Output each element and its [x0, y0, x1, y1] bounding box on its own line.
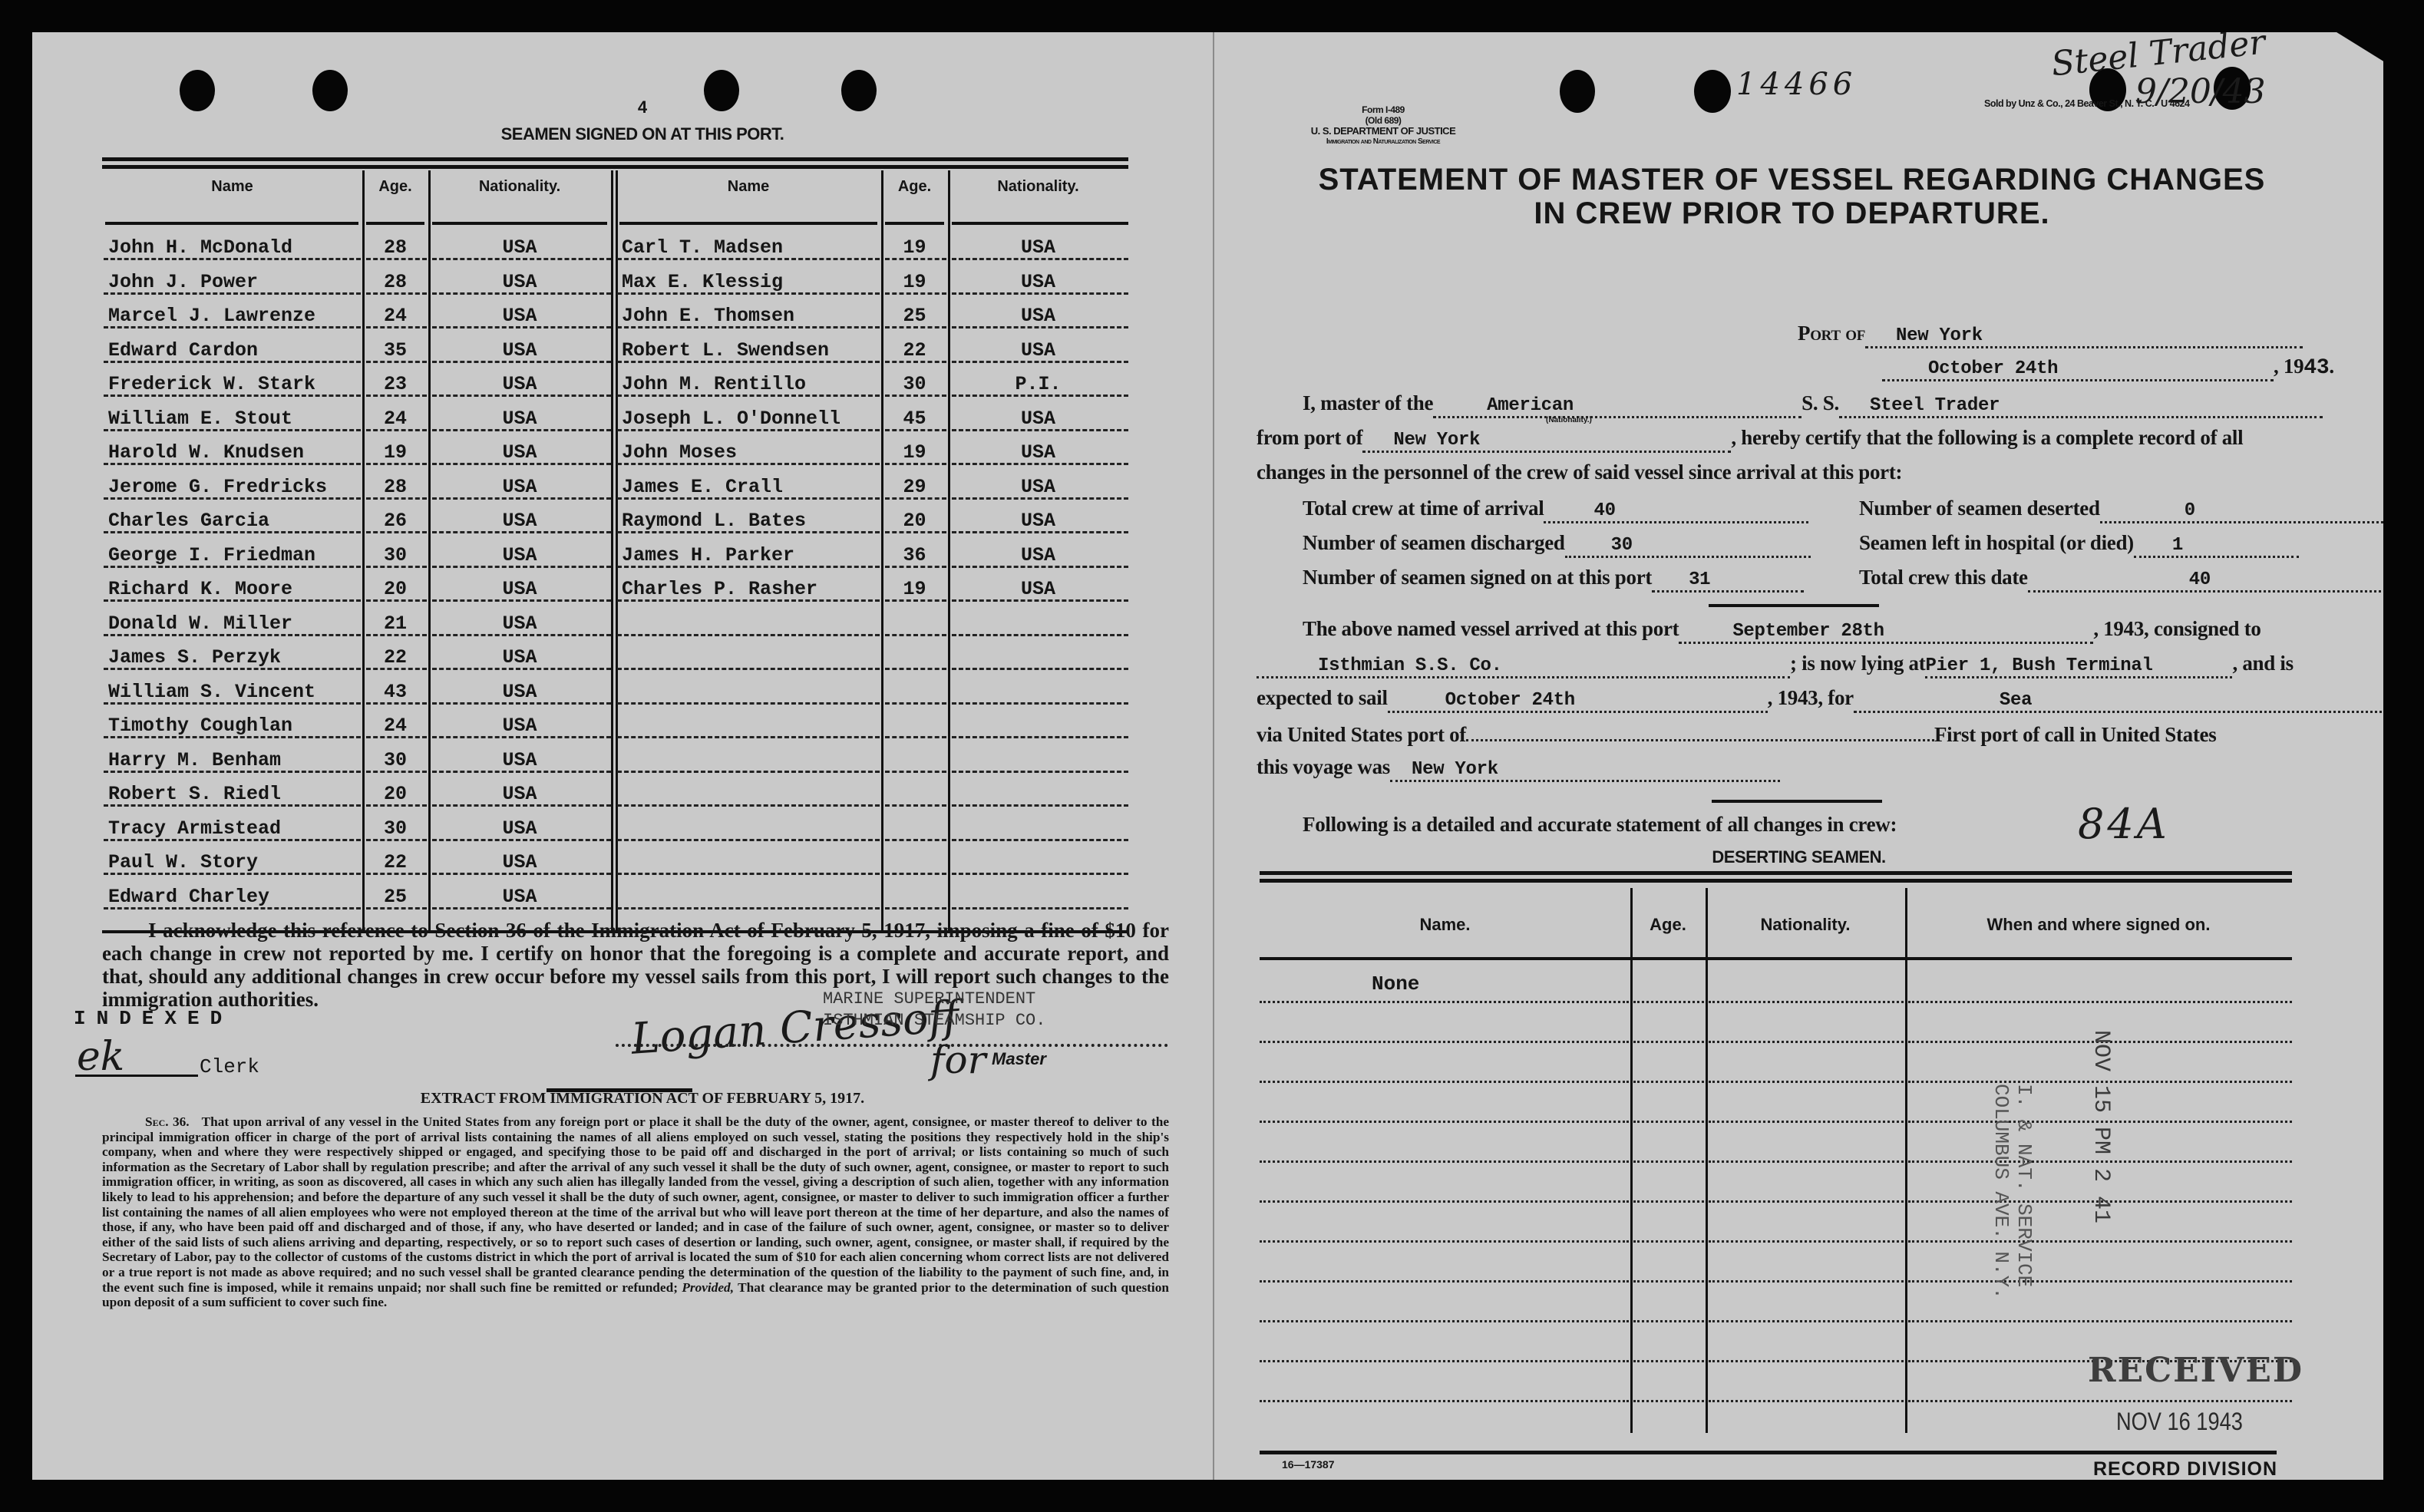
master-label: Master	[992, 1049, 1046, 1069]
dotted-row-line	[1260, 1280, 1629, 1283]
crew-name: James H. Parker	[622, 544, 881, 566]
from-port-label: from port of	[1257, 426, 1362, 449]
dotted-row-line	[952, 668, 1128, 670]
dotted-row-line	[1709, 1121, 1904, 1123]
crew-age: 23	[362, 373, 428, 395]
col-divider	[1630, 888, 1633, 1433]
crew-nationality: USA	[948, 510, 1128, 532]
column-header-name: Name	[616, 178, 881, 196]
title-line-2: IN CREW PRIOR TO DEPARTURE.	[1245, 196, 2339, 230]
header-underline	[105, 222, 358, 225]
dotted-row-line	[1709, 1160, 1904, 1163]
indexed-stamp: INDEXED	[74, 1007, 233, 1030]
stat-label: Number of seamen signed on at this port	[1303, 566, 1652, 589]
voyage-field: this voyage wasNew York	[1257, 755, 1780, 782]
column-header-age: Age.	[1630, 915, 1706, 935]
lying-label: ; is now lying at	[1790, 652, 1925, 675]
dotted-row-line	[1260, 1320, 1629, 1322]
handwritten-file-number: 14466	[1736, 67, 1857, 102]
dotted-row-line	[952, 771, 1128, 773]
form-title: STATEMENT OF MASTER OF VESSEL REGARDING …	[1245, 163, 2339, 230]
crew-name: Harold W. Knudsen	[108, 441, 362, 464]
master-of-label: I, master of the	[1303, 391, 1433, 414]
crew-nationality: USA	[428, 476, 611, 498]
expected-year[interactable]: 1943	[1778, 686, 1818, 709]
crew-nationality: USA	[428, 441, 611, 464]
expected-field: expected to sailOctober 24th, 1943, forS…	[1257, 686, 2424, 713]
dotted-row-line	[1633, 1041, 1704, 1043]
date-field: October 24th, 1943.	[1882, 355, 2334, 381]
clerk-label: Clerk	[200, 1055, 259, 1078]
dotted-row-line	[885, 873, 946, 875]
clerk-signature-line	[75, 1075, 198, 1077]
crew-age: 28	[362, 476, 428, 498]
dotted-row-line	[885, 668, 946, 670]
crew-nationality: USA	[428, 510, 611, 532]
vessel-name-value[interactable]: Steel Trader	[1839, 395, 2323, 418]
form-old-number: (Old 689)	[1253, 115, 1514, 126]
crew-nationality: USA	[428, 851, 611, 873]
dotted-row-line	[1260, 1041, 1629, 1043]
date-year-prefix: 19	[2284, 355, 2303, 378]
dotted-row-line	[1908, 1400, 2292, 1402]
signer-title-line1: MARINE SUPERINTENDENT	[823, 989, 1035, 1009]
crew-name: James E. Crall	[622, 476, 881, 498]
crew-age: 45	[881, 408, 948, 430]
master-of-field: I, master of theAmericanS. S.Steel Trade…	[1303, 391, 2323, 418]
deserting-title: DESERTING SEAMEN.	[1214, 847, 2383, 867]
ss-label: S. S.	[1801, 391, 1839, 414]
crew-nationality: USA	[948, 271, 1128, 293]
dotted-row-line	[952, 634, 1128, 636]
dotted-row-line	[952, 702, 1128, 705]
crew-nationality: USA	[428, 612, 611, 635]
crew-name: Charles P. Rasher	[622, 578, 881, 600]
dotted-row-line	[885, 771, 946, 773]
column-header-age: Age.	[362, 178, 428, 196]
crew-age: 21	[362, 612, 428, 635]
dotted-row-line	[1260, 1200, 1629, 1203]
port-label: Port of	[1798, 322, 1865, 345]
dotted-row-line	[1709, 1081, 1904, 1083]
crew-nationality: USA	[948, 305, 1128, 327]
dotted-row-line	[885, 736, 946, 738]
dotted-row-line	[1633, 1320, 1704, 1322]
dotted-row-line	[1260, 1160, 1629, 1163]
column-header-nationality: Nationality.	[428, 178, 611, 196]
crew-nationality: USA	[428, 646, 611, 669]
crew-name: William E. Stout	[108, 408, 362, 430]
stamp-date: NOV 15 PM 2 41	[2088, 1030, 2114, 1223]
dotted-row-line	[1260, 1240, 1629, 1243]
table-top-rule	[1260, 871, 2292, 883]
stat-value[interactable]: 30	[1565, 535, 1811, 558]
form-number: Form I-489	[1253, 104, 1514, 115]
crew-nationality: USA	[428, 817, 611, 840]
dotted-row-line	[617, 804, 880, 807]
crew-age: 28	[362, 271, 428, 293]
and-is-label: , and is	[2232, 652, 2293, 675]
dotted-row-line	[1633, 1200, 1704, 1203]
dotted-row-line	[885, 839, 946, 841]
dotted-row-line	[952, 736, 1128, 738]
divider	[1709, 604, 1879, 607]
header-underline	[366, 222, 424, 225]
date-value[interactable]: October 24th	[1882, 358, 2274, 381]
crew-nationality: USA	[948, 236, 1128, 259]
dotted-row-line	[1709, 1240, 1904, 1243]
crew-nationality: USA	[428, 681, 611, 703]
dotted-row-line	[617, 771, 880, 773]
crew-name: Harry M. Benham	[108, 749, 362, 771]
arrived-field: The above named vessel arrived at this p…	[1303, 617, 2261, 644]
crew-name: Charles Garcia	[108, 510, 362, 532]
crew-age: 36	[881, 544, 948, 566]
stat-label: Seamen left in hospital (or died)	[1859, 531, 2134, 554]
dotted-row-line	[1633, 1400, 1704, 1402]
expected-label: expected to sail	[1257, 686, 1388, 709]
header-underline	[885, 222, 944, 225]
crew-age: 25	[881, 305, 948, 327]
dotted-row-line	[885, 702, 946, 705]
extract-title: EXTRACT FROM IMMIGRATION ACT OF FEBRUARY…	[32, 1090, 1253, 1108]
crew-age: 19	[881, 578, 948, 600]
crew-name: Marcel J. Lawrenze	[108, 305, 362, 327]
signer-title-line2: ISTHMIAN STEAMSHIP CO.	[823, 1011, 1045, 1030]
col-divider	[611, 170, 613, 930]
section-label: Sec. 36.	[145, 1114, 190, 1129]
crew-age: 30	[362, 544, 428, 566]
for-mark: for	[930, 1038, 986, 1082]
crew-age: 19	[881, 271, 948, 293]
crew-name: James S. Perzyk	[108, 646, 362, 669]
dotted-row-line	[1908, 1280, 2292, 1283]
port-value[interactable]: New York	[1865, 325, 2303, 348]
dotted-row-line	[1633, 1240, 1704, 1243]
col-divider	[1905, 888, 1907, 1433]
dotted-row-line	[1260, 1400, 1629, 1402]
col-divider	[616, 170, 618, 930]
crew-nationality: P.I.	[948, 373, 1128, 395]
crew-name: William S. Vincent	[108, 681, 362, 703]
dotted-row-line	[1260, 1001, 1629, 1003]
table-bottom-rule	[1260, 1451, 2277, 1454]
crew-age: 30	[362, 749, 428, 771]
crew-nationality: USA	[428, 339, 611, 361]
crew-age: 28	[362, 236, 428, 259]
crew-name: John M. Rentillo	[622, 373, 881, 395]
destination-value[interactable]: Sea	[1854, 690, 2424, 713]
handwritten-code: 84A	[2078, 800, 2170, 848]
crew-nationality: USA	[948, 476, 1128, 498]
dotted-row-line	[1709, 1360, 1904, 1362]
crew-age: 43	[362, 681, 428, 703]
dotted-row-line	[1709, 1041, 1904, 1043]
crew-name: Richard K. Moore	[108, 578, 362, 600]
crew-nationality: USA	[428, 715, 611, 737]
crew-name: Edward Charley	[108, 886, 362, 908]
section-36-text: Sec. 36. That upon arrival of any vessel…	[102, 1114, 1169, 1310]
for-label: , for	[1818, 686, 1853, 709]
stat-value[interactable]: 0	[2100, 500, 2388, 523]
record-division-stamp: RECORD DIVISION	[2093, 1458, 2277, 1481]
divider	[1712, 800, 1882, 803]
crew-name: Paul W. Story	[108, 851, 362, 873]
stat-label: Total crew this date	[1859, 566, 2028, 589]
crew-age: 19	[881, 236, 948, 259]
following-text: Following is a detailed and accurate sta…	[1303, 813, 1897, 837]
crew-nationality: USA	[428, 578, 611, 600]
stat-label: Number of seamen deserted	[1859, 497, 2100, 520]
crew-name: Carl T. Madsen	[622, 236, 881, 259]
dotted-row-line	[952, 839, 1128, 841]
certify-text: , hereby certify that the following is a…	[1731, 426, 2243, 449]
table-top-rule	[102, 157, 1128, 169]
column-header-nationality: Nationality.	[1706, 915, 1905, 935]
title-line-1: STATEMENT OF MASTER OF VESSEL REGARDING …	[1245, 163, 2339, 196]
header-underline	[1260, 957, 2292, 960]
dotted-row-line	[952, 907, 1128, 910]
immigration-service-stamp: I. & NAT. SERVICE COLUMBUS AVE. N.Y.	[1990, 1084, 2036, 1299]
clerk-initials: ek	[77, 1034, 124, 1080]
header-underline	[432, 222, 607, 225]
dotted-row-line	[1633, 1360, 1704, 1362]
crew-name: Edward Cardon	[108, 339, 362, 361]
crew-name: Donald W. Miller	[108, 612, 362, 635]
stat-signed-on: Number of seamen signed on at this port3…	[1303, 566, 1804, 593]
crew-name: Max E. Klessig	[622, 271, 881, 293]
crew-name: Joseph L. O'Donnell	[622, 408, 881, 430]
consignee-value[interactable]: Isthmian S.S. Co.	[1257, 655, 1790, 678]
crew-name: John E. Thomsen	[622, 305, 881, 327]
crew-age: 29	[881, 476, 948, 498]
consigned-label: , consigned to	[2144, 617, 2261, 640]
dotted-row-line	[617, 873, 880, 875]
header-underline	[952, 222, 1128, 225]
via-field: via United States port ofFirst port of c…	[1257, 721, 2216, 747]
crew-age: 30	[362, 817, 428, 840]
crew-nationality: USA	[948, 339, 1128, 361]
crew-age: 20	[881, 510, 948, 532]
dotted-row-line	[1709, 1001, 1904, 1003]
dotted-row-line	[1709, 1400, 1904, 1402]
crew-name: John J. Power	[108, 271, 362, 293]
arrived-label: The above named vessel arrived at this p…	[1303, 617, 1679, 640]
deserting-none: None	[1372, 972, 1419, 995]
crew-nationality: USA	[428, 271, 611, 293]
stat-total-date: Total crew this date40	[1859, 566, 2424, 593]
section-title: SEAMEN SIGNED ON AT THIS PORT.	[32, 124, 1253, 144]
crew-nationality: USA	[428, 408, 611, 430]
dotted-row-line	[885, 804, 946, 807]
dotted-row-line	[617, 634, 880, 636]
crew-name: Timothy Coughlan	[108, 715, 362, 737]
left-page: 4 SEAMEN SIGNED ON AT THIS PORT. Name Ag…	[32, 32, 1213, 1480]
via-value[interactable]	[1466, 721, 1934, 741]
arrived-year[interactable]: 1943	[2103, 617, 2144, 640]
dotted-row-line	[1908, 1320, 2292, 1322]
crew-age: 25	[362, 886, 428, 908]
crew-age: 22	[362, 646, 428, 669]
header-underline	[619, 222, 877, 225]
crew-name: Robert S. Riedl	[108, 783, 362, 805]
crew-nationality: USA	[428, 544, 611, 566]
voyage-label: this voyage was	[1257, 755, 1390, 778]
section-body: That upon arrival of any vessel in the U…	[102, 1114, 1169, 1295]
master-signature-line	[616, 1044, 1168, 1047]
stamp-line-2: COLUMBUS AVE. N.Y.	[1990, 1084, 2013, 1299]
dotted-row-line	[1908, 1001, 2292, 1003]
crew-name: Robert L. Swendsen	[622, 339, 881, 361]
crew-nationality: USA	[428, 305, 611, 327]
crew-nationality: USA	[948, 408, 1128, 430]
crew-nationality: USA	[948, 441, 1128, 464]
stat-label: Total crew at time of arrival	[1303, 497, 1544, 520]
date-year[interactable]: 43	[2303, 356, 2329, 380]
department: U. S. DEPARTMENT OF JUSTICE	[1253, 126, 1514, 137]
first-port-label: First port of call in United States	[1934, 723, 2216, 746]
stat-value[interactable]: 31	[1652, 569, 1804, 593]
crew-age: 35	[362, 339, 428, 361]
dotted-row-line	[617, 907, 880, 910]
print-code: 16—17387	[1282, 1458, 1335, 1471]
changes-text: changes in the personnel of the crew of …	[1257, 461, 1902, 484]
port-field: Port ofNew York	[1798, 322, 2303, 348]
crew-age: 19	[881, 441, 948, 464]
provided-label: Provided,	[682, 1280, 734, 1295]
right-page: 14466 Steel Trader 9/20/43 Form I-489 (O…	[1214, 32, 2383, 1480]
crew-age: 22	[362, 851, 428, 873]
punch-hole	[1560, 70, 1595, 113]
crew-nationality: USA	[428, 236, 611, 259]
stat-hospital: Seamen left in hospital (or died)1	[1859, 531, 2299, 558]
dotted-row-line	[1709, 1280, 1904, 1283]
expected-value[interactable]: October 24th	[1388, 690, 1768, 713]
column-header-signed-on: When and where signed on.	[1905, 915, 2292, 935]
dotted-row-line	[1260, 1121, 1629, 1123]
from-port-field: from port ofNew York, hereby certify tha…	[1257, 426, 2243, 453]
received-stamp: RECEIVED	[2088, 1351, 2303, 1390]
crew-nationality: USA	[948, 578, 1128, 600]
crew-age: 24	[362, 408, 428, 430]
crew-age: 20	[362, 783, 428, 805]
dotted-row-line	[1260, 1081, 1629, 1083]
lying-value[interactable]: Pier 1, Bush Terminal	[1925, 655, 2232, 678]
stat-label: Number of seamen discharged	[1303, 531, 1565, 554]
column-header-name: Name	[102, 178, 362, 196]
col-divider	[1706, 888, 1708, 1433]
crew-age: 19	[362, 441, 428, 464]
dotted-row-line	[1260, 1360, 1629, 1362]
crew-age: 30	[881, 373, 948, 395]
stamp-line-1: I. & NAT. SERVICE	[2013, 1084, 2036, 1299]
form-id-block: Form I-489 (Old 689) U. S. DEPARTMENT OF…	[1253, 104, 1514, 147]
crew-age: 20	[362, 578, 428, 600]
column-header-nationality: Nationality.	[948, 178, 1128, 196]
dotted-row-line	[1633, 1160, 1704, 1163]
consignee-field: Isthmian S.S. Co.; is now lying atPier 1…	[1257, 652, 2294, 678]
dotted-row-line	[617, 839, 880, 841]
crew-name: George I. Friedman	[108, 544, 362, 566]
nationality-value[interactable]: American	[1433, 395, 1801, 418]
dotted-row-line	[1709, 1200, 1904, 1203]
dotted-row-line	[1709, 1320, 1904, 1322]
dotted-row-line	[1633, 1280, 1704, 1283]
voyage-value[interactable]: New York	[1390, 759, 1780, 782]
dotted-row-line	[952, 804, 1128, 807]
stat-discharged: Number of seamen discharged30	[1303, 531, 1811, 558]
dotted-row-line	[1633, 1001, 1704, 1003]
dotted-row-line	[1633, 1081, 1704, 1083]
via-label: via United States port of	[1257, 723, 1466, 746]
crew-name: Raymond L. Bates	[622, 510, 881, 532]
crew-nationality: USA	[948, 544, 1128, 566]
stat-total-arrival: Total crew at time of arrival40	[1303, 497, 1808, 523]
page-number: 4	[32, 97, 1253, 117]
crew-age: 24	[362, 305, 428, 327]
nationality-caption: (Nationality.)	[1546, 416, 1592, 424]
crew-name: John Moses	[622, 441, 881, 464]
dotted-row-line	[885, 907, 946, 910]
crew-name: John H. McDonald	[108, 236, 362, 259]
received-date: NOV 16 1943	[2116, 1408, 2243, 1436]
crew-nationality: USA	[428, 749, 611, 771]
crew-nationality: USA	[428, 886, 611, 908]
arrived-value[interactable]: September 28th	[1679, 621, 2093, 644]
crew-nationality: USA	[428, 373, 611, 395]
crew-age: 22	[881, 339, 948, 361]
seller-imprint: Sold by Unz & Co., 24 Beaver St., N. Y. …	[1984, 98, 2189, 109]
stat-value[interactable]: 1	[2134, 535, 2299, 558]
column-header-age: Age.	[881, 178, 948, 196]
crew-name: Jerome G. Fredricks	[108, 476, 362, 498]
dotted-row-line	[617, 668, 880, 670]
dotted-row-line	[617, 736, 880, 738]
column-header-name: Name.	[1260, 915, 1630, 935]
dotted-row-line	[1633, 1121, 1704, 1123]
crew-age: 26	[362, 510, 428, 532]
crew-nationality: USA	[428, 783, 611, 805]
stat-deserted: Number of seamen deserted0	[1859, 497, 2388, 523]
dotted-row-line	[617, 702, 880, 705]
crew-name: Tracy Armistead	[108, 817, 362, 840]
service: Immigration and Naturalization Service	[1253, 137, 1514, 147]
crew-name: Frederick W. Stark	[108, 373, 362, 395]
dotted-row-line	[1908, 1240, 2292, 1243]
crew-age: 24	[362, 715, 428, 737]
dotted-row-line	[885, 634, 946, 636]
stat-value[interactable]: 40	[1544, 500, 1808, 523]
from-port-value[interactable]: New York	[1362, 430, 1731, 453]
punch-hole	[1694, 70, 1731, 113]
stat-value[interactable]: 40	[2028, 569, 2424, 593]
dotted-row-line	[952, 873, 1128, 875]
